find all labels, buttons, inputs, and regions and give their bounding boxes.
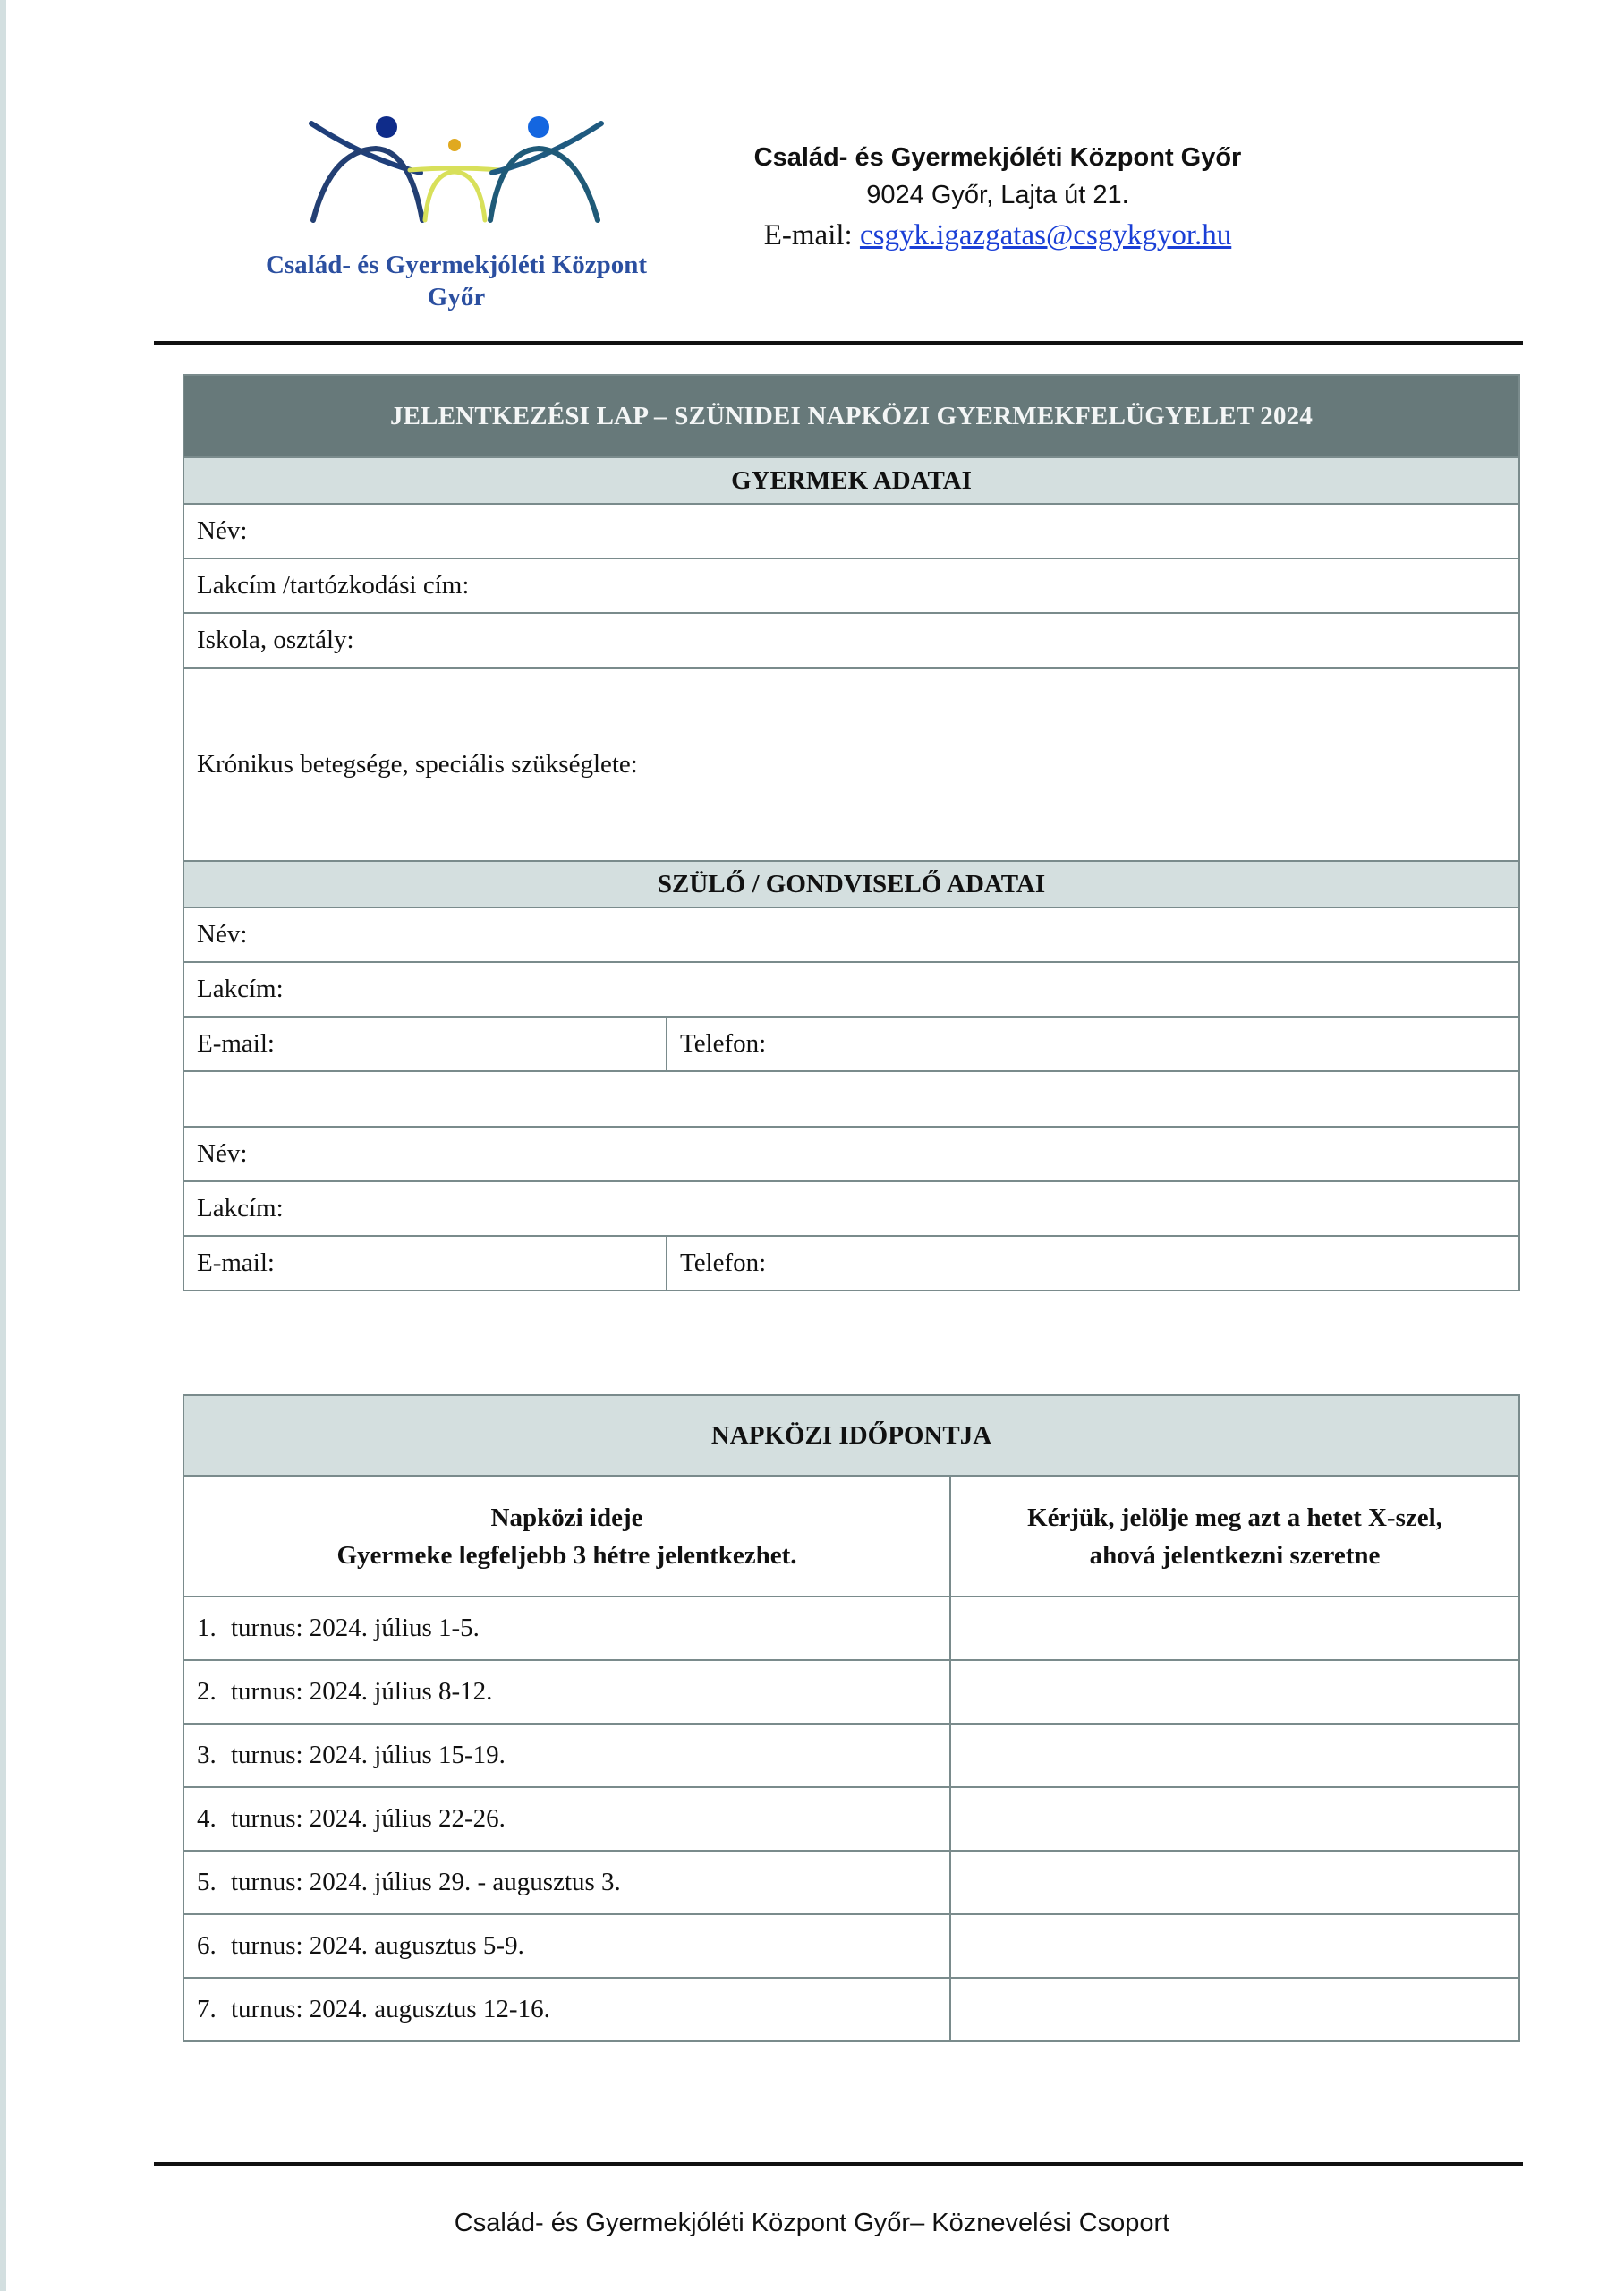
parent1-address-field[interactable]: Lakcím: (183, 962, 1519, 1017)
child-school-row[interactable]: Iskola, osztály: (183, 613, 1519, 668)
schedule-mark-cell[interactable] (950, 1978, 1519, 2041)
schedule-row: 2.turnus: 2024. július 8-12. (183, 1660, 1519, 1724)
parent1-name-row[interactable]: Név: (183, 907, 1519, 962)
form-title: JELENTKEZÉSI LAP – SZÜNIDEI NAPKÖZI GYER… (183, 375, 1519, 457)
schedule-period-cell: 7.turnus: 2024. augusztus 12-16. (183, 1978, 950, 2041)
parent2-phone-field[interactable]: Telefon: (667, 1236, 1519, 1290)
parent1-address-row[interactable]: Lakcím: (183, 962, 1519, 1017)
logo-text: Család- és Gyermekjóléti Központ Győr (259, 249, 653, 313)
schedule-row: 7.turnus: 2024. augusztus 12-16. (183, 1978, 1519, 2041)
logo-text-line-2: Győr (259, 281, 653, 313)
parent2-name-field[interactable]: Név: (183, 1127, 1519, 1181)
parent2-address-row[interactable]: Lakcím: (183, 1181, 1519, 1236)
column-header-period-note: Gyermeke legfeljebb 3 hétre jelentkezhet… (197, 1537, 937, 1574)
schedule-mark-cell[interactable] (950, 1914, 1519, 1978)
schedule-period-cell: 4.turnus: 2024. július 22-26. (183, 1787, 950, 1851)
schedule-table: NAPKÖZI IDŐPONTJA Napközi ideje Gyermeke… (183, 1394, 1520, 2042)
column-header-period-title: Napközi ideje (197, 1499, 937, 1537)
schedule-row-number: 4. (197, 1804, 231, 1834)
parent-section-title: SZÜLŐ / GONDVISELŐ ADATAI (183, 861, 1519, 907)
child-section-title: GYERMEK ADATAI (183, 457, 1519, 504)
parent-separator-row (183, 1071, 1519, 1127)
parent2-name-row[interactable]: Név: (183, 1127, 1519, 1181)
schedule-period-cell: 2.turnus: 2024. július 8-12. (183, 1660, 950, 1724)
parent-section-header: SZÜLŐ / GONDVISELŐ ADATAI (183, 861, 1519, 907)
organization-name: Család- és Gyermekjóléti Központ Győr (707, 139, 1288, 176)
schedule-row-text: turnus: 2024. július 22-26. (231, 1804, 506, 1833)
schedule-row-text: turnus: 2024. július 8-12. (231, 1677, 492, 1706)
child-name-row[interactable]: Név: (183, 504, 1519, 558)
schedule-period-cell: 6.turnus: 2024. augusztus 5-9. (183, 1914, 950, 1978)
child-address-row[interactable]: Lakcím /tartózkodási cím: (183, 558, 1519, 613)
child-health-field[interactable]: Krónikus betegsége, speciális szükséglet… (183, 668, 1519, 861)
organization-header: Család- és Gyermekjóléti Központ Győr 90… (707, 139, 1288, 257)
schedule-row: 5.turnus: 2024. július 29. - augusztus 3… (183, 1851, 1519, 1914)
schedule-period-cell: 3.turnus: 2024. július 15-19. (183, 1724, 950, 1787)
organization-email: E-mail: csgyk.igazgatas@csgykgyor.hu (707, 214, 1288, 257)
registration-form-table: JELENTKEZÉSI LAP – SZÜNIDEI NAPKÖZI GYER… (183, 374, 1520, 1291)
email-link[interactable]: csgyk.igazgatas@csgykgyor.hu (860, 219, 1231, 251)
schedule-mark-cell[interactable] (950, 1660, 1519, 1724)
schedule-mark-cell[interactable] (950, 1851, 1519, 1914)
schedule-row: 6.turnus: 2024. augusztus 5-9. (183, 1914, 1519, 1978)
footer-divider (154, 2162, 1523, 2166)
parent1-email-field[interactable]: E-mail: (183, 1017, 667, 1071)
schedule-row-text: turnus: 2024. július 1-5. (231, 1614, 480, 1642)
schedule-title: NAPKÖZI IDŐPONTJA (183, 1395, 1519, 1476)
parent2-address-field[interactable]: Lakcím: (183, 1181, 1519, 1236)
schedule-row-number: 3. (197, 1741, 231, 1770)
child-health-row[interactable]: Krónikus betegsége, speciális szükséglet… (183, 668, 1519, 861)
schedule-row-number: 6. (197, 1931, 231, 1961)
schedule-period-cell: 5.turnus: 2024. július 29. - augusztus 3… (183, 1851, 950, 1914)
parent2-email-field[interactable]: E-mail: (183, 1236, 667, 1290)
schedule-row: 1.turnus: 2024. július 1-5. (183, 1597, 1519, 1660)
schedule-mark-cell[interactable] (950, 1597, 1519, 1660)
column-header-mark: Kérjük, jelölje meg azt a hetet X-szel, … (950, 1476, 1519, 1597)
child-name-field[interactable]: Név: (183, 504, 1519, 558)
schedule-row-number: 5. (197, 1868, 231, 1897)
column-header-mark-line-2: ahová jelentkezni szeretne (964, 1537, 1506, 1574)
schedule-header-row: NAPKÖZI IDŐPONTJA (183, 1395, 1519, 1476)
logo-text-line-1: Család- és Gyermekjóléti Központ (259, 249, 653, 281)
family-figures-icon (304, 106, 608, 240)
parent1-name-field[interactable]: Név: (183, 907, 1519, 962)
schedule-row-text: turnus: 2024. július 29. - augusztus 3. (231, 1868, 621, 1896)
schedule-row-text: turnus: 2024. augusztus 5-9. (231, 1931, 524, 1960)
schedule-period-cell: 1.turnus: 2024. július 1-5. (183, 1597, 950, 1660)
schedule-row-number: 2. (197, 1677, 231, 1707)
parent1-phone-field[interactable]: Telefon: (667, 1017, 1519, 1071)
child-section-header: GYERMEK ADATAI (183, 457, 1519, 504)
schedule-row: 3.turnus: 2024. július 15-19. (183, 1724, 1519, 1787)
header-divider (154, 341, 1523, 345)
email-label: E-mail: (764, 219, 853, 251)
viewer-edge-strip (0, 0, 6, 2291)
schedule-row-text: turnus: 2024. július 15-19. (231, 1741, 506, 1769)
schedule-mark-cell[interactable] (950, 1724, 1519, 1787)
parent2-contact-row: E-mail: Telefon: (183, 1236, 1519, 1290)
schedule-row: 4.turnus: 2024. július 22-26. (183, 1787, 1519, 1851)
column-header-mark-line-1: Kérjük, jelölje meg azt a hetet X-szel, (964, 1499, 1506, 1537)
parent1-contact-row: E-mail: Telefon: (183, 1017, 1519, 1071)
child-address-field[interactable]: Lakcím /tartózkodási cím: (183, 558, 1519, 613)
organization-logo: Család- és Gyermekjóléti Központ Győr (259, 106, 653, 320)
schedule-column-headers: Napközi ideje Gyermeke legfeljebb 3 hétr… (183, 1476, 1519, 1597)
schedule-mark-cell[interactable] (950, 1787, 1519, 1851)
schedule-row-text: turnus: 2024. augusztus 12-16. (231, 1995, 550, 2023)
organization-address: 9024 Győr, Lajta út 21. (707, 176, 1288, 214)
schedule-row-number: 7. (197, 1995, 231, 2024)
form-title-row: JELENTKEZÉSI LAP – SZÜNIDEI NAPKÖZI GYER… (183, 375, 1519, 457)
child-school-field[interactable]: Iskola, osztály: (183, 613, 1519, 668)
blank-cell (183, 1071, 1519, 1127)
footer-text: Család- és Gyermekjóléti Központ Győr– K… (0, 2209, 1624, 2238)
schedule-row-number: 1. (197, 1614, 231, 1643)
column-header-period: Napközi ideje Gyermeke legfeljebb 3 hétr… (183, 1476, 950, 1597)
